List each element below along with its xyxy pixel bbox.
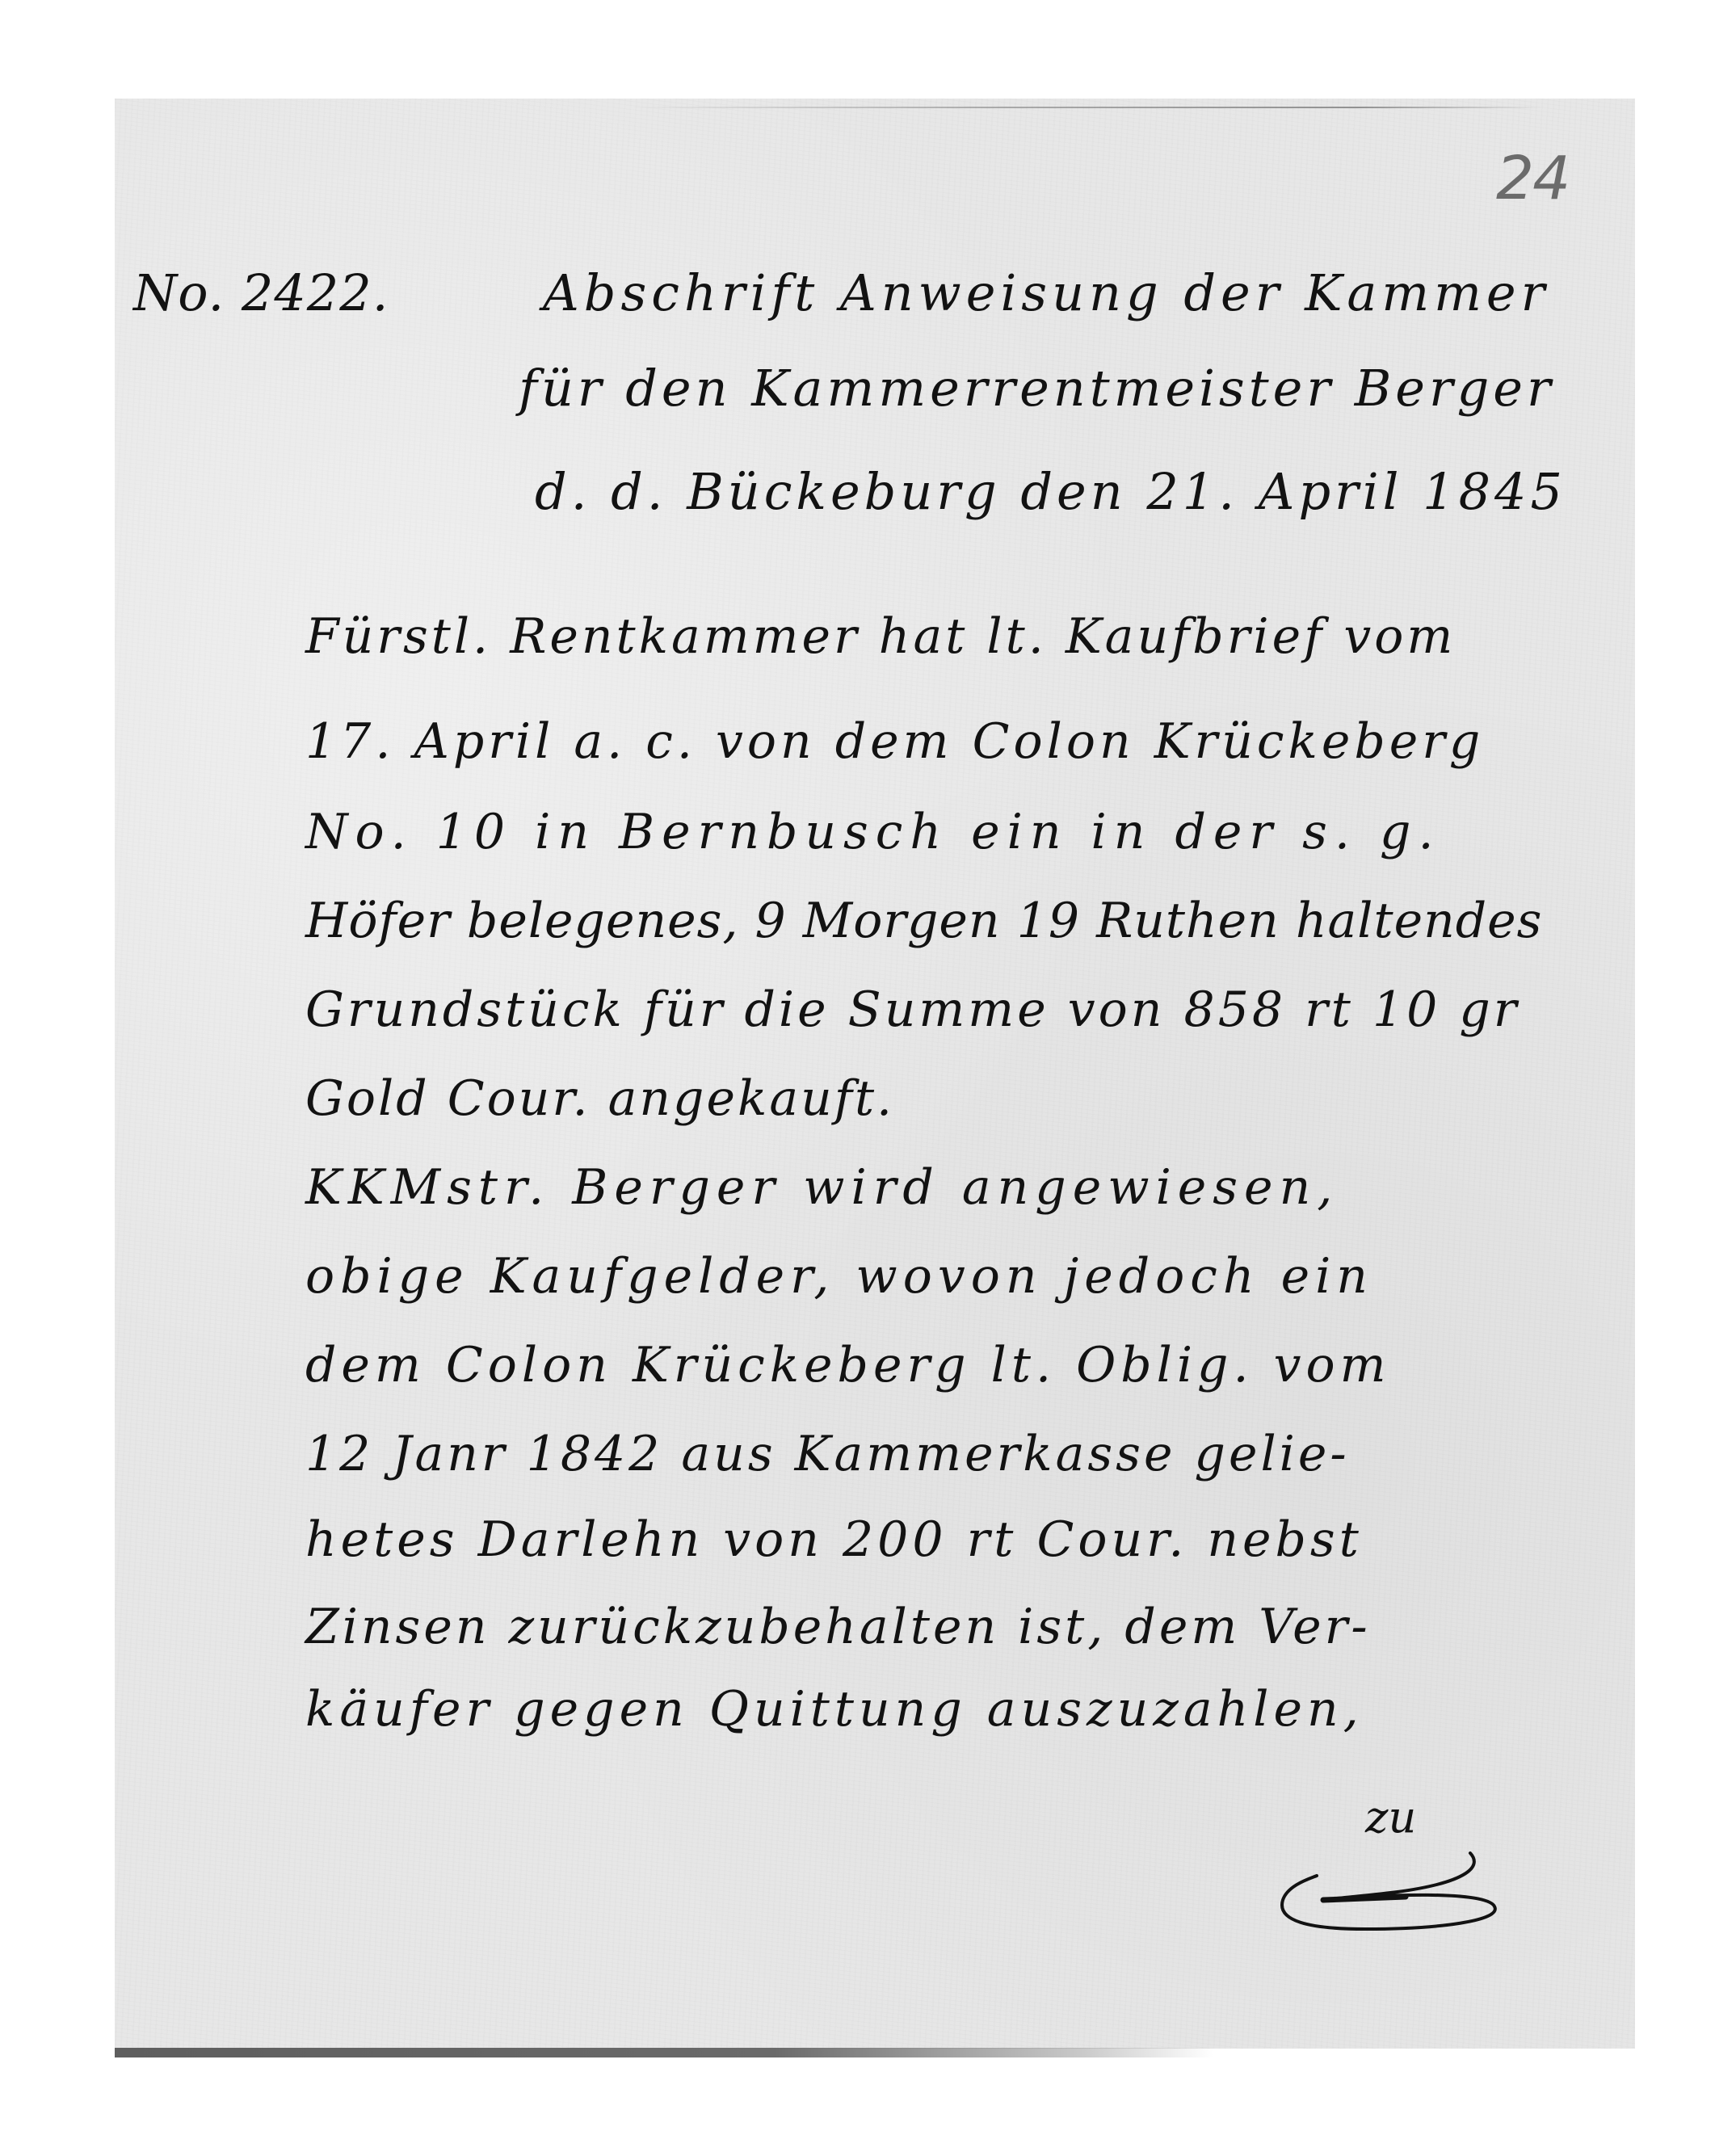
body-line-6: Gold Cour. angekauft.	[305, 1074, 894, 1123]
body-line-3: No. 10 in Bernbusch ein in der s. g.	[305, 808, 1441, 856]
page-bottom-shadow	[115, 2048, 1213, 2057]
body-line-4: Höfer belegenes, 9 Morgen 19 Ruthen halt…	[305, 897, 1542, 945]
body-line-1: Fürstl. Rentkammer hat lt. Kaufbrief vom	[305, 612, 1456, 661]
body-line-10: 12 Janr 1842 aus Kammerkasse gelie-	[305, 1430, 1350, 1478]
document-number: No. 2422.	[133, 268, 389, 318]
body-line-7: KKMstr. Berger wird angewiesen,	[305, 1163, 1339, 1212]
body-line-2: 17. April a. c. von dem Colon Krückeberg	[305, 717, 1484, 766]
signature-flourish-icon	[1276, 1850, 1527, 1931]
header-title-line-2: für den Kammerrentmeister Berger	[519, 364, 1555, 414]
body-line-13: käufer gegen Quittung auszuzahlen,	[305, 1685, 1364, 1734]
folio-number: 24	[1496, 144, 1569, 213]
body-line-9: dem Colon Krückeberg lt. Oblig. vom	[305, 1341, 1391, 1389]
page-top-crease	[630, 107, 1543, 108]
body-line-8: obige Kaufgelder, wovon jedoch ein	[305, 1252, 1373, 1301]
header-title-line-1: Abschrift Anweisung der Kammer	[543, 268, 1549, 318]
header-title-line-3: d. d. Bückeburg den 21. April 1845	[535, 467, 1566, 517]
body-line-11: hetes Darlehn von 200 rt Cour. nebst	[305, 1515, 1363, 1564]
body-line-12: Zinsen zurückzubehalten ist, dem Ver-	[305, 1603, 1371, 1651]
closing-word: zu	[1365, 1792, 1416, 1843]
body-line-5: Grundstück für die Summe von 858 rt 10 g…	[305, 986, 1520, 1034]
